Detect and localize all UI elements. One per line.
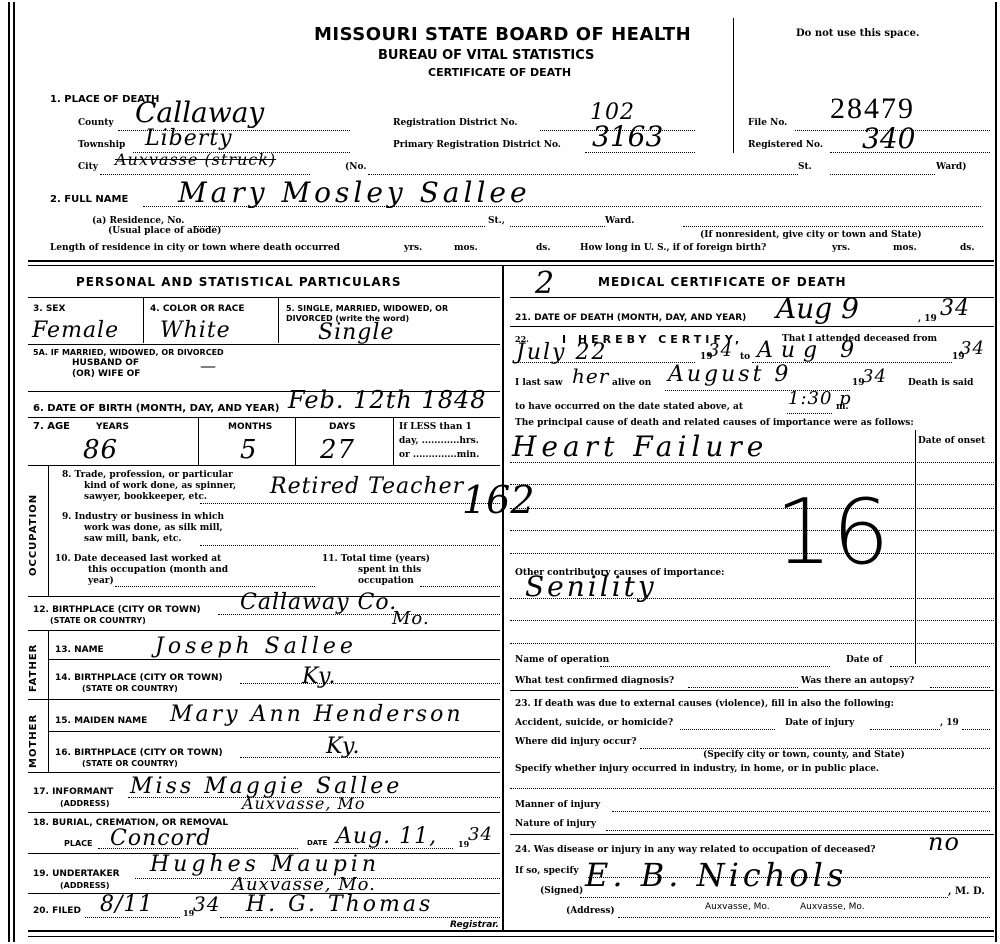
spouse-label-3: (OR) WIFE OF (72, 369, 140, 379)
residence-ward-label: Ward. (605, 216, 634, 226)
date-of-death-year-prefix: , 19 (918, 314, 937, 324)
mother-birthplace-sub: (STATE OR COUNTRY) (82, 759, 178, 768)
residence-st-label: St., (488, 216, 505, 226)
mother-birthplace-line (240, 757, 500, 758)
specify-line (510, 788, 994, 789)
filed-label: 20. FILED (33, 906, 81, 916)
residence-sub: (Usual place of abode) (108, 226, 221, 236)
foreign-birth-label: How long in U. S., if of foreign birth? (580, 243, 766, 253)
cause-line-5 (510, 553, 994, 554)
county-value: Callaway (135, 96, 264, 129)
right-border (995, 2, 997, 942)
foreign-ds: ds. (960, 243, 975, 253)
age-months-value: 5 (240, 435, 258, 465)
row-rule-21 (510, 326, 994, 327)
medical-marginal-mark: 2 (535, 266, 554, 301)
section-divider-top-2 (28, 265, 994, 266)
father-birthplace-value: Ky. (302, 664, 337, 689)
race-value: White (160, 318, 231, 343)
age-days-label: DAYS (329, 422, 356, 432)
personal-title-rule (28, 297, 500, 298)
informant-label: 17. INFORMANT (33, 787, 113, 797)
occupational-answer: no (928, 828, 960, 856)
if-so-label: If so, specify (515, 866, 579, 876)
sex-value: Female (32, 318, 119, 343)
header-divider (733, 18, 734, 153)
other-line-1 (510, 598, 994, 599)
marital-value: Single (318, 320, 394, 345)
maiden-name-rule (48, 731, 500, 732)
cause-code-mark: 16 (775, 480, 890, 585)
mother-side-label: MOTHER (28, 714, 39, 768)
birthplace-value: Callaway Co. (240, 590, 397, 615)
township-label: Township (78, 140, 125, 150)
m-label: m. (836, 402, 849, 412)
time-line (787, 413, 832, 414)
father-name-label: 13. NAME (55, 645, 104, 655)
spouse-label-1: 5A. IF MARRIED, WIDOWED, OR DIVORCED (33, 348, 224, 357)
mother-birthplace-label: 16. BIRTHPLACE (CITY OR TOWN) (55, 748, 223, 758)
alive-on-label: alive on (612, 378, 651, 388)
autopsy-line (930, 687, 990, 688)
nature-label: Nature of injury (515, 819, 596, 829)
md-label: , M. D. (948, 886, 985, 897)
burial-date-value: Aug. 11, (336, 824, 437, 849)
ward-label: Ward) (936, 162, 966, 172)
last-saw-who: her (572, 364, 609, 388)
operation-date-line (890, 666, 990, 667)
age-years-value: 86 (83, 435, 118, 465)
total-time-label-3: occupation (358, 576, 414, 586)
where-sub: (Specify city or town, county, and State… (703, 750, 905, 760)
address-stamp-2: Auxvasse, Mo. (800, 902, 865, 912)
nonresident-note: (If nonresident, give city or town and S… (700, 230, 922, 240)
row-rule-12 (28, 630, 500, 631)
sex-race-divider (143, 298, 144, 343)
date-of-death-label: 21. DATE OF DEATH (MONTH, DAY, AND YEAR) (515, 313, 746, 323)
birthplace-sub: (STATE OR COUNTRY) (50, 616, 146, 625)
row-rule-22 (510, 690, 994, 691)
occupation-side-divider (48, 466, 49, 596)
undertaker-sub: (ADDRESS) (60, 881, 110, 890)
operation-line (600, 666, 830, 667)
attended-to-label: to (740, 352, 750, 362)
registered-no-value: 340 (862, 122, 915, 155)
filed-date-line (85, 917, 180, 918)
address-line (618, 917, 990, 918)
father-side-label: FATHER (28, 644, 39, 692)
test-line (688, 687, 798, 688)
registration-district-label: Registration District No. (393, 118, 518, 128)
left-border (8, 2, 10, 942)
date-of-death-value: Aug 9 (776, 292, 859, 325)
file-no-value: 28479 (830, 92, 915, 126)
last-worked-label-2: this occupation (month and (88, 565, 228, 575)
total-time-label-1: 11. Total time (years) (322, 554, 430, 564)
age-months-label: MONTHS (228, 422, 272, 432)
race-label: 4. COLOR OR RACE (150, 304, 245, 314)
trade-label-3: sawyer, bookkeeper, etc. (84, 492, 207, 502)
file-no-label: File No. (748, 118, 787, 128)
medical-title-rule (510, 297, 994, 298)
street-no-label: (No. (345, 162, 366, 172)
operation-label: Name of operation (515, 655, 609, 665)
father-birthplace-label: 14. BIRTHPLACE (CITY OR TOWN) (55, 673, 223, 683)
cause-line-3 (510, 508, 994, 509)
mother-side-divider (48, 700, 49, 772)
injury-year-line (962, 729, 990, 730)
row-rule-3 (28, 344, 500, 345)
manner-label: Manner of injury (515, 800, 600, 810)
ward-line (830, 174, 935, 175)
spouse-label-2: HUSBAND OF (72, 358, 139, 368)
cause-line-4 (510, 530, 994, 531)
medical-section-title: MEDICAL CERTIFICATE OF DEATH (598, 275, 847, 289)
date-of-death-year: 34 (940, 296, 970, 321)
attended-from-value: July 22 (516, 340, 607, 365)
other-line-2 (510, 620, 994, 621)
registrar-label: Registrar. (450, 920, 499, 930)
physician-signature: E. B. Nichols (585, 856, 847, 894)
residence-ward-line (510, 226, 605, 227)
age-divider-3 (393, 417, 394, 465)
cause-line-2 (510, 484, 994, 485)
age-label: 7. AGE (33, 421, 70, 432)
father-side-divider (48, 631, 49, 699)
length-of-residence-label: Length of residence in city or town wher… (50, 243, 340, 253)
dob-value: Feb. 12th 1848 (288, 386, 487, 414)
trade-line (200, 503, 500, 504)
father-birthplace-sub: (STATE OR COUNTRY) (82, 684, 178, 693)
residence-yrs: yrs. (404, 243, 422, 253)
maiden-name-value: Mary Ann Henderson (170, 702, 464, 727)
informant-sub: (ADDRESS) (60, 799, 110, 808)
autopsy-label: Was there an autopsy? (801, 676, 914, 686)
primary-district-value: 3163 (592, 120, 663, 153)
injury-year-label: , 19 (940, 718, 959, 728)
spouse-value: — (200, 356, 217, 375)
manner-line (612, 811, 990, 812)
attended-to-year: 34 (960, 338, 985, 359)
signed-line (580, 897, 948, 898)
last-worked-label-3: year) (88, 576, 114, 586)
bottom-rule-2 (28, 936, 994, 937)
row-rule-6 (28, 417, 500, 418)
board-title: MISSOURI STATE BOARD OF HEALTH (314, 24, 691, 45)
address-label: (Address) (566, 906, 615, 916)
mother-birthplace-value: Ky. (326, 734, 361, 759)
full-name-value: Mary Mosley Sallee (178, 176, 531, 209)
operation-date-label: Date of (846, 655, 883, 665)
onset-column-divider (915, 430, 916, 664)
county-label: County (78, 118, 114, 128)
bottom-rule (28, 930, 994, 932)
principal-cause-value: Heart Failure (512, 430, 768, 463)
foreign-yrs: yrs. (832, 243, 850, 253)
burial-place-label: PLACE (64, 839, 93, 848)
attended-to-value: Aug 9 (757, 338, 862, 363)
filed-date-value: 8/11 (100, 892, 153, 917)
age-days-value: 27 (320, 435, 355, 465)
filed-registrar-line (220, 917, 500, 918)
sex-label: 3. SEX (33, 304, 65, 314)
burial-place-value: Concord (110, 826, 211, 851)
age-years-label: YEARS (96, 422, 129, 432)
where-line (640, 748, 990, 749)
occupation-side-label: OCCUPATION (28, 494, 39, 576)
row-rule-14 (28, 699, 500, 700)
test-label: What test confirmed diagnosis? (515, 676, 674, 686)
less-than-label-2: day, ............hrs. (399, 436, 479, 446)
dob-label: 6. DATE OF BIRTH (MONTH, DAY, AND YEAR) (33, 403, 280, 414)
nonresident-line (683, 226, 983, 227)
injury-date-label: Date of injury (785, 718, 854, 728)
foreign-mos: mos. (893, 243, 917, 253)
less-than-label-3: or ..............min. (399, 450, 479, 460)
personal-section-title: PERSONAL AND STATISTICAL PARTICULARS (76, 275, 402, 289)
residence-label: (a) Residence, No. (92, 216, 184, 226)
burial-year-value: 34 (468, 824, 493, 845)
last-worked-line (115, 586, 315, 587)
attended-from-year: 34 (708, 340, 733, 361)
race-marital-divider (278, 298, 279, 343)
trade-label-2: kind of work done, as spinner, (84, 481, 236, 491)
trade-label-1: 8. Trade, profession, or particular (62, 470, 233, 480)
section-divider-top (28, 260, 994, 262)
total-time-label-2: spent in this (358, 565, 421, 575)
death-said-label: Death is said (908, 378, 973, 388)
age-divider-2 (295, 417, 296, 465)
alive-on-value: August 9 (668, 362, 791, 387)
accident-line (680, 729, 775, 730)
accident-label: Accident, suicide, or homicide? (515, 718, 673, 728)
other-line-3 (510, 643, 994, 644)
certificate-title: CERTIFICATE OF DEATH (428, 66, 571, 79)
city-label: City (78, 162, 98, 172)
injury-date-line (870, 729, 940, 730)
row-rule-17 (28, 812, 500, 813)
birthplace-state: Mo. (392, 608, 430, 629)
residence-ds: ds. (536, 243, 551, 253)
registrar-name: H. G. Thomas (246, 892, 433, 917)
less-than-label-1: If LESS than 1 (399, 422, 472, 432)
street-label: St. (798, 162, 812, 172)
maiden-name-label: 15. MAIDEN NAME (55, 716, 147, 726)
informant-address: Auxvasse, Mo (242, 794, 366, 813)
center-divider (502, 265, 504, 930)
external-intro: 23. If death was due to external causes … (515, 699, 894, 709)
row-rule-23 (510, 834, 994, 835)
residence-line (195, 226, 485, 227)
industry-line (200, 545, 500, 546)
row-rule-16 (28, 772, 500, 773)
township-value: Liberty (145, 126, 233, 151)
city-value-struck: Auxvasse (struck) (115, 150, 276, 169)
signed-label: (Signed) (540, 886, 583, 896)
last-saw-label: I last saw (515, 378, 563, 388)
occurred-label: to have occurred on the date stated abov… (515, 402, 743, 412)
trade-value: Retired Teacher (270, 474, 464, 499)
burial-date-label: DATE (307, 839, 327, 847)
undertaker-label: 19. UNDERTAKER (33, 869, 120, 879)
address-stamp-1: Auxvasse, Mo. (705, 902, 770, 912)
left-border-inner (13, 2, 15, 942)
filed-year-value: 34 (193, 892, 220, 916)
last-worked-label-1: 10. Date deceased last worked at (55, 554, 221, 564)
registered-no-label: Registered No. (748, 140, 823, 150)
father-name-rule (48, 659, 500, 660)
row-rule-7 (28, 465, 500, 466)
father-birthplace-line (240, 683, 500, 684)
primary-district-label: Primary Registration District No. (393, 140, 561, 150)
where-label: Where did injury occur? (515, 737, 637, 747)
alive-on-year: 34 (862, 366, 887, 387)
total-time-line (420, 586, 500, 587)
birthplace-label: 12. BIRTHPLACE (CITY OR TOWN) (33, 605, 201, 615)
onset-label: Date of onset (918, 436, 985, 446)
city-line (100, 174, 310, 175)
age-divider-1 (198, 417, 199, 465)
industry-label-2: work was done, as silk mill, (84, 523, 223, 533)
industry-label-3: saw mill, bank, etc. (84, 534, 182, 544)
father-name-value: Joseph Sallee (155, 634, 357, 659)
bureau-title: BUREAU OF VITAL STATISTICS (378, 48, 594, 63)
street-no-line (368, 174, 798, 175)
residence-mos: mos. (454, 243, 478, 253)
industry-label-1: 9. Industry or business in which (62, 512, 224, 522)
do-not-use-note: Do not use this space. (796, 28, 919, 39)
cause-intro: The principal cause of death and related… (515, 418, 914, 428)
occupational-question: 24. Was disease or injury in any way rel… (515, 845, 876, 855)
full-name-label: 2. FULL NAME (50, 194, 128, 205)
specify-label: Specify whether injury occurred in indus… (515, 764, 879, 774)
